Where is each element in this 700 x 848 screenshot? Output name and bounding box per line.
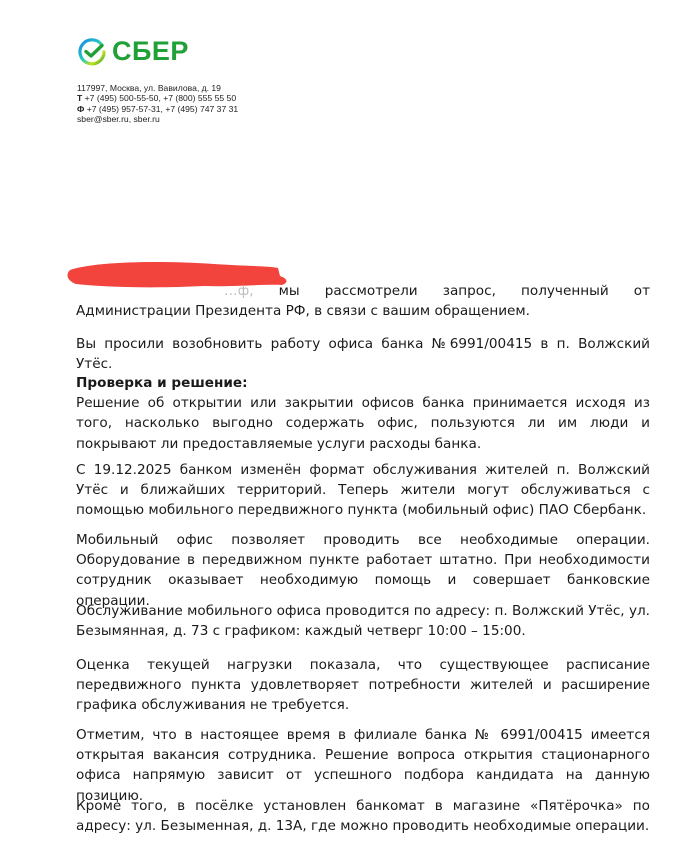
intro-line-2: Администрации Президента РФ, в связи с в… xyxy=(76,301,650,321)
sber-logo-icon xyxy=(77,37,107,67)
intro-line-1: …ф, мы рассмотрели запрос, полученный от xyxy=(76,281,650,301)
paragraph-6: Отметим, что в настоящее время в филиале… xyxy=(76,725,650,806)
paragraph-2: С 19.12.2025 банком изменён формат обслу… xyxy=(76,460,650,521)
phone-label: Т xyxy=(77,93,82,103)
address-line: 117997, Москва, ул. Вавилова, д. 19 xyxy=(77,83,238,93)
paragraph-4: Обслуживание мобильного офиса проводится… xyxy=(76,601,650,641)
paragraph-7: Кроме того, в посёлке установлен банкома… xyxy=(76,796,650,836)
logo-text: СБЕР xyxy=(112,36,189,67)
decision-section: Проверка и решение: Решение об открытии … xyxy=(76,373,650,454)
section-heading: Проверка и решение: xyxy=(76,373,650,393)
paragraph-3: Мобильный офис позволяет проводить все н… xyxy=(76,530,650,611)
email-line: sber@sber.ru, sber.ru xyxy=(77,114,238,124)
sber-logo: СБЕР xyxy=(77,36,189,67)
request-paragraph: Вы просили возобновить работу офиса банк… xyxy=(76,334,650,374)
paragraph-5: Оценка текущей нагрузки показала, что су… xyxy=(76,655,650,716)
phone-line: Т +7 (495) 500-55-50, +7 (800) 555 55 50 xyxy=(77,93,238,103)
fax-line: Ф +7 (495) 957-57-31, +7 (495) 747 37 31 xyxy=(77,104,238,114)
contact-block: 117997, Москва, ул. Вавилова, д. 19 Т +7… xyxy=(77,83,238,124)
paragraph-1: Решение об открытии или закрытии офисов … xyxy=(76,393,650,454)
fax-label: Ф xyxy=(77,104,84,114)
letter-intro: …ф, мы рассмотрели запрос, полученный от… xyxy=(76,281,650,321)
